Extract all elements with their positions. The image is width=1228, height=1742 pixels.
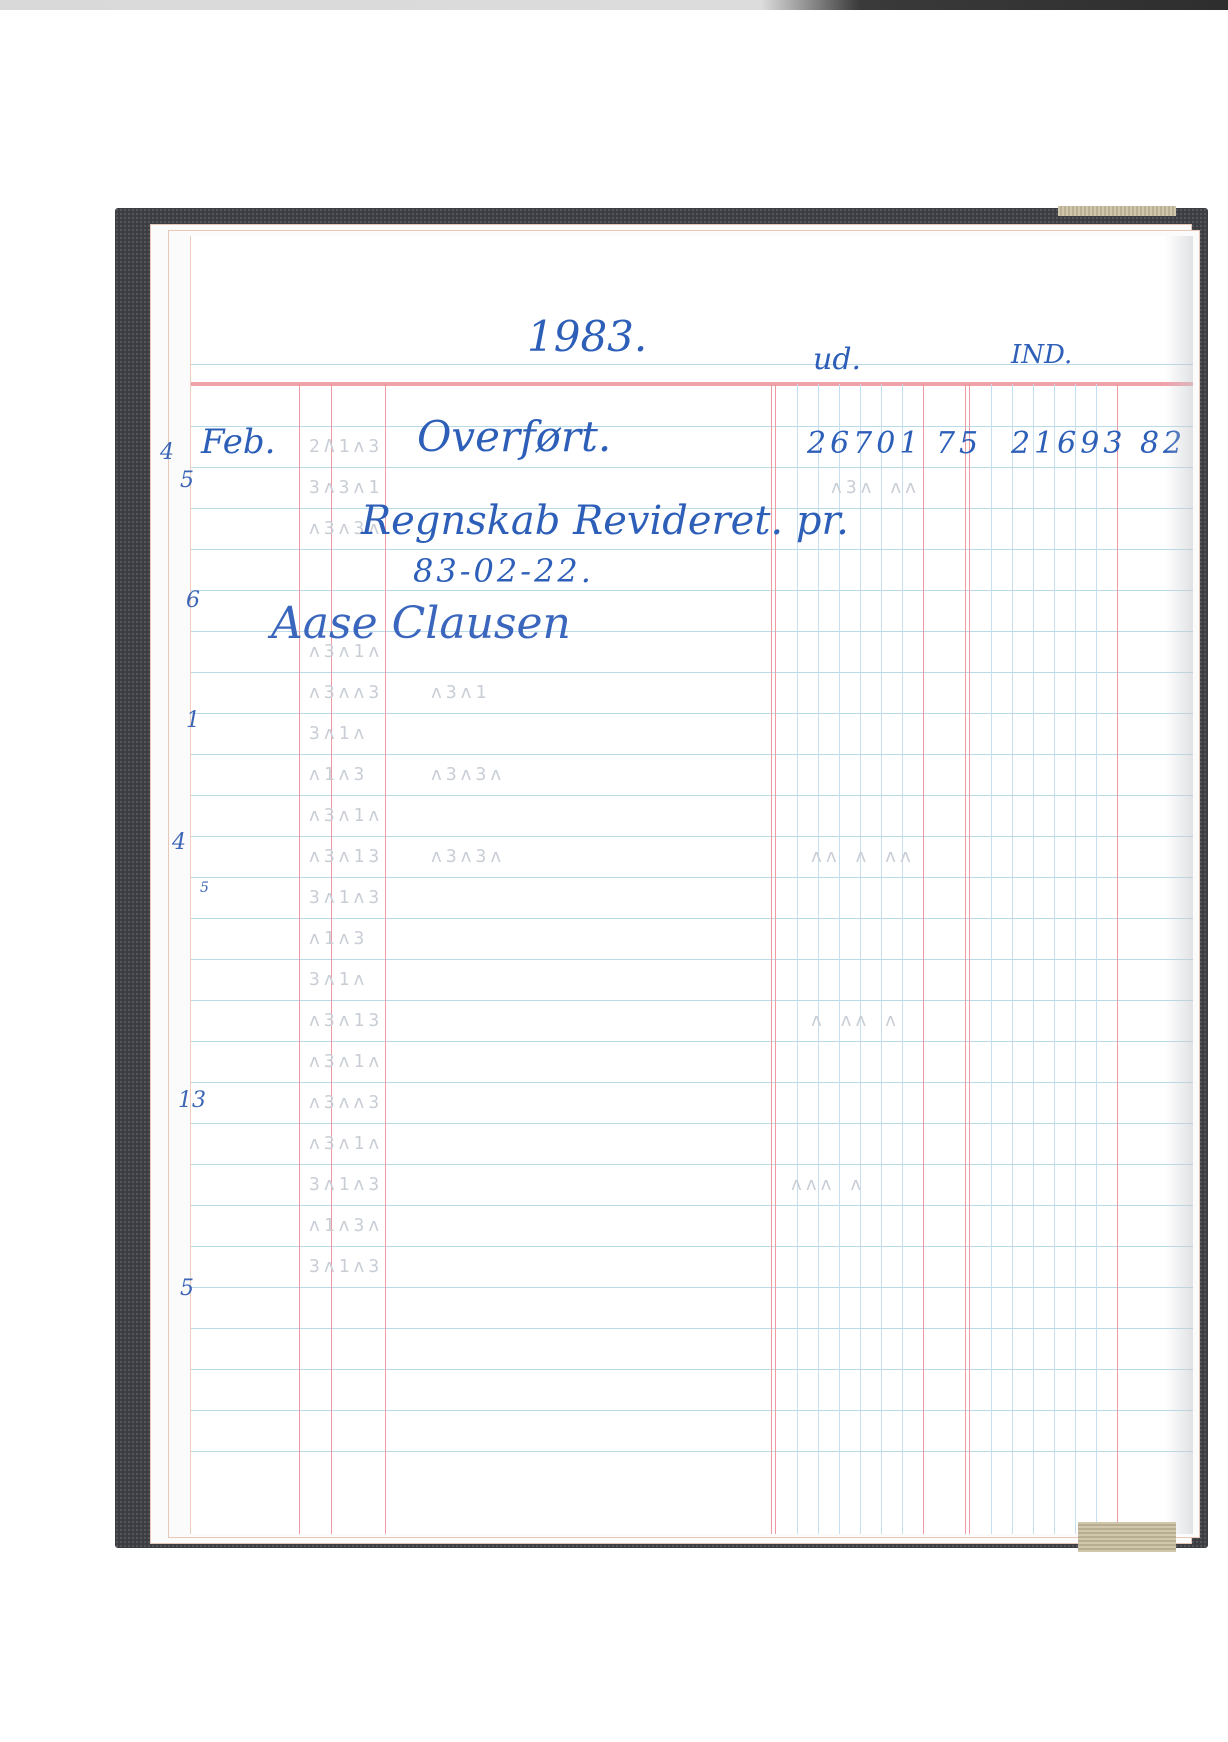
margin-mark: 5 [200, 880, 209, 896]
margin-mark: 4 [172, 830, 186, 855]
margin-mark: 4 [160, 440, 174, 465]
page-edge-shadow [1165, 236, 1193, 1534]
entry-in-amount: 21693 82 [1011, 426, 1186, 461]
margin-mark: 6 [186, 588, 200, 613]
bookmark-ribbon-bottom [1078, 1522, 1176, 1552]
margin-mark: 5 [180, 1276, 194, 1301]
scanner-top-edge [0, 0, 1228, 10]
column-header-out: ud. [813, 342, 861, 377]
entry-description: Overført. [417, 412, 611, 461]
entry-out-amount: 26701 75 [807, 426, 982, 461]
auditor-signature: Aase Clausen [271, 598, 571, 649]
ledger-page: 2Ʌ1ʌ3 3ʌ3ʌ1 ʌ3ʌ3ʌ ʌ3ʌ1ʌ ʌ3ʌʌ3 ʌ3ʌ1 3ʌ1ʌ … [190, 236, 1193, 1534]
column-header-in: IND. [1011, 340, 1072, 370]
year-heading: 1983. [527, 312, 647, 361]
bookmark-ribbon-top [1058, 206, 1176, 216]
margin-mark: 13 [178, 1088, 206, 1113]
audit-note-date: 83-02-22. [413, 552, 594, 590]
audit-note-line1: Regnskab Revideret. pr. [361, 498, 849, 544]
margin-mark: 5 [180, 468, 194, 493]
entry-month: Feb. [201, 422, 275, 462]
margin-mark: 1 [186, 708, 200, 733]
